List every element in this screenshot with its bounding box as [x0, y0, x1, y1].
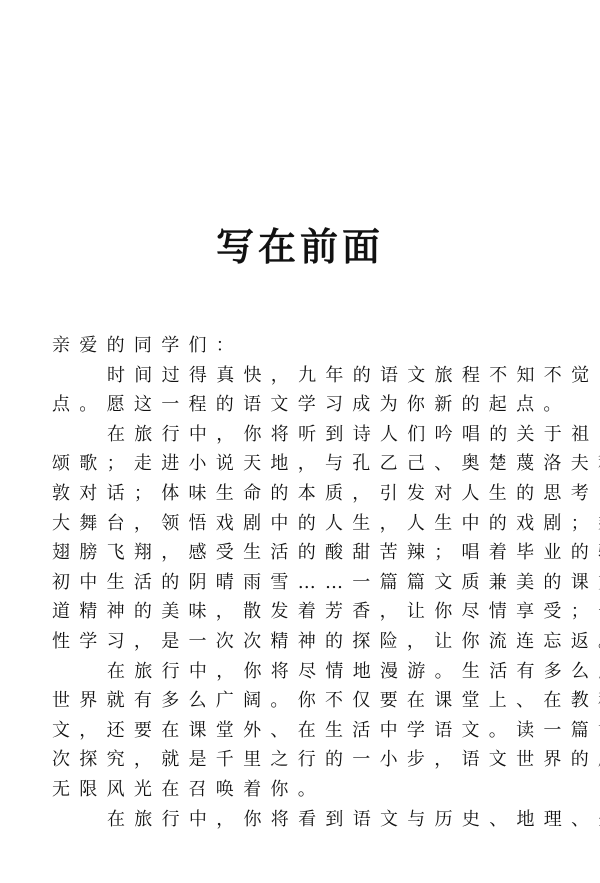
text-line: 无限风光在召唤着你。	[52, 775, 552, 805]
text-line: 世界就有多么广阔。你不仅要在课堂上、在教科书中学语	[52, 686, 552, 716]
text-line: 在旅行中，你将听到诗人们吟唱的关于祖国和土地的	[52, 420, 552, 450]
body-text: 亲爱的同学们： 时间过得真快，九年的语文旅程不知不觉已接近终 点。愿这一程的语文…	[52, 331, 552, 834]
text-line: 点。愿这一程的语文学习成为你新的起点。	[52, 390, 552, 420]
text-line: 大舞台，领悟戏剧中的人生，人生中的戏剧；乘着音乐的	[52, 509, 552, 539]
salutation-line: 亲爱的同学们：	[52, 331, 552, 361]
text-line: 翅膀飞翔，感受生活的酸甜苦辣；唱着毕业的骊歌，回眸	[52, 538, 552, 568]
text-line: 性学习，是一次次精神的探险，让你流连忘返。	[52, 627, 552, 657]
text-line: 文，还要在课堂外、在生活中学语文。读一篇课文，来一	[52, 716, 552, 746]
text-line: 初中生活的阴晴雨雪……一篇篇文质兼美的课文，是一道	[52, 568, 552, 598]
text-line: 敦对话；体味生命的本质，引发对人生的思考；登上戏剧	[52, 479, 552, 509]
text-line: 次探究，就是千里之行的一小步，语文世界的广阔天地有	[52, 745, 552, 775]
text-line: 在旅行中，你将尽情地漫游。生活有多么广阔，语文	[52, 657, 552, 687]
text-line: 道精神的美味，散发着芳香，让你尽情享受；一次次综合	[52, 597, 552, 627]
text-line: 时间过得真快，九年的语文旅程不知不觉已接近终	[52, 361, 552, 391]
text-line: 颂歌；走进小说天地，与孔乙己、奥楚蔑洛夫和杰克·伦	[52, 449, 552, 479]
page-title: 写在前面	[0, 216, 600, 271]
text-line: 在旅行中，你将看到语文与历史、地理、生物、自然	[52, 805, 552, 835]
